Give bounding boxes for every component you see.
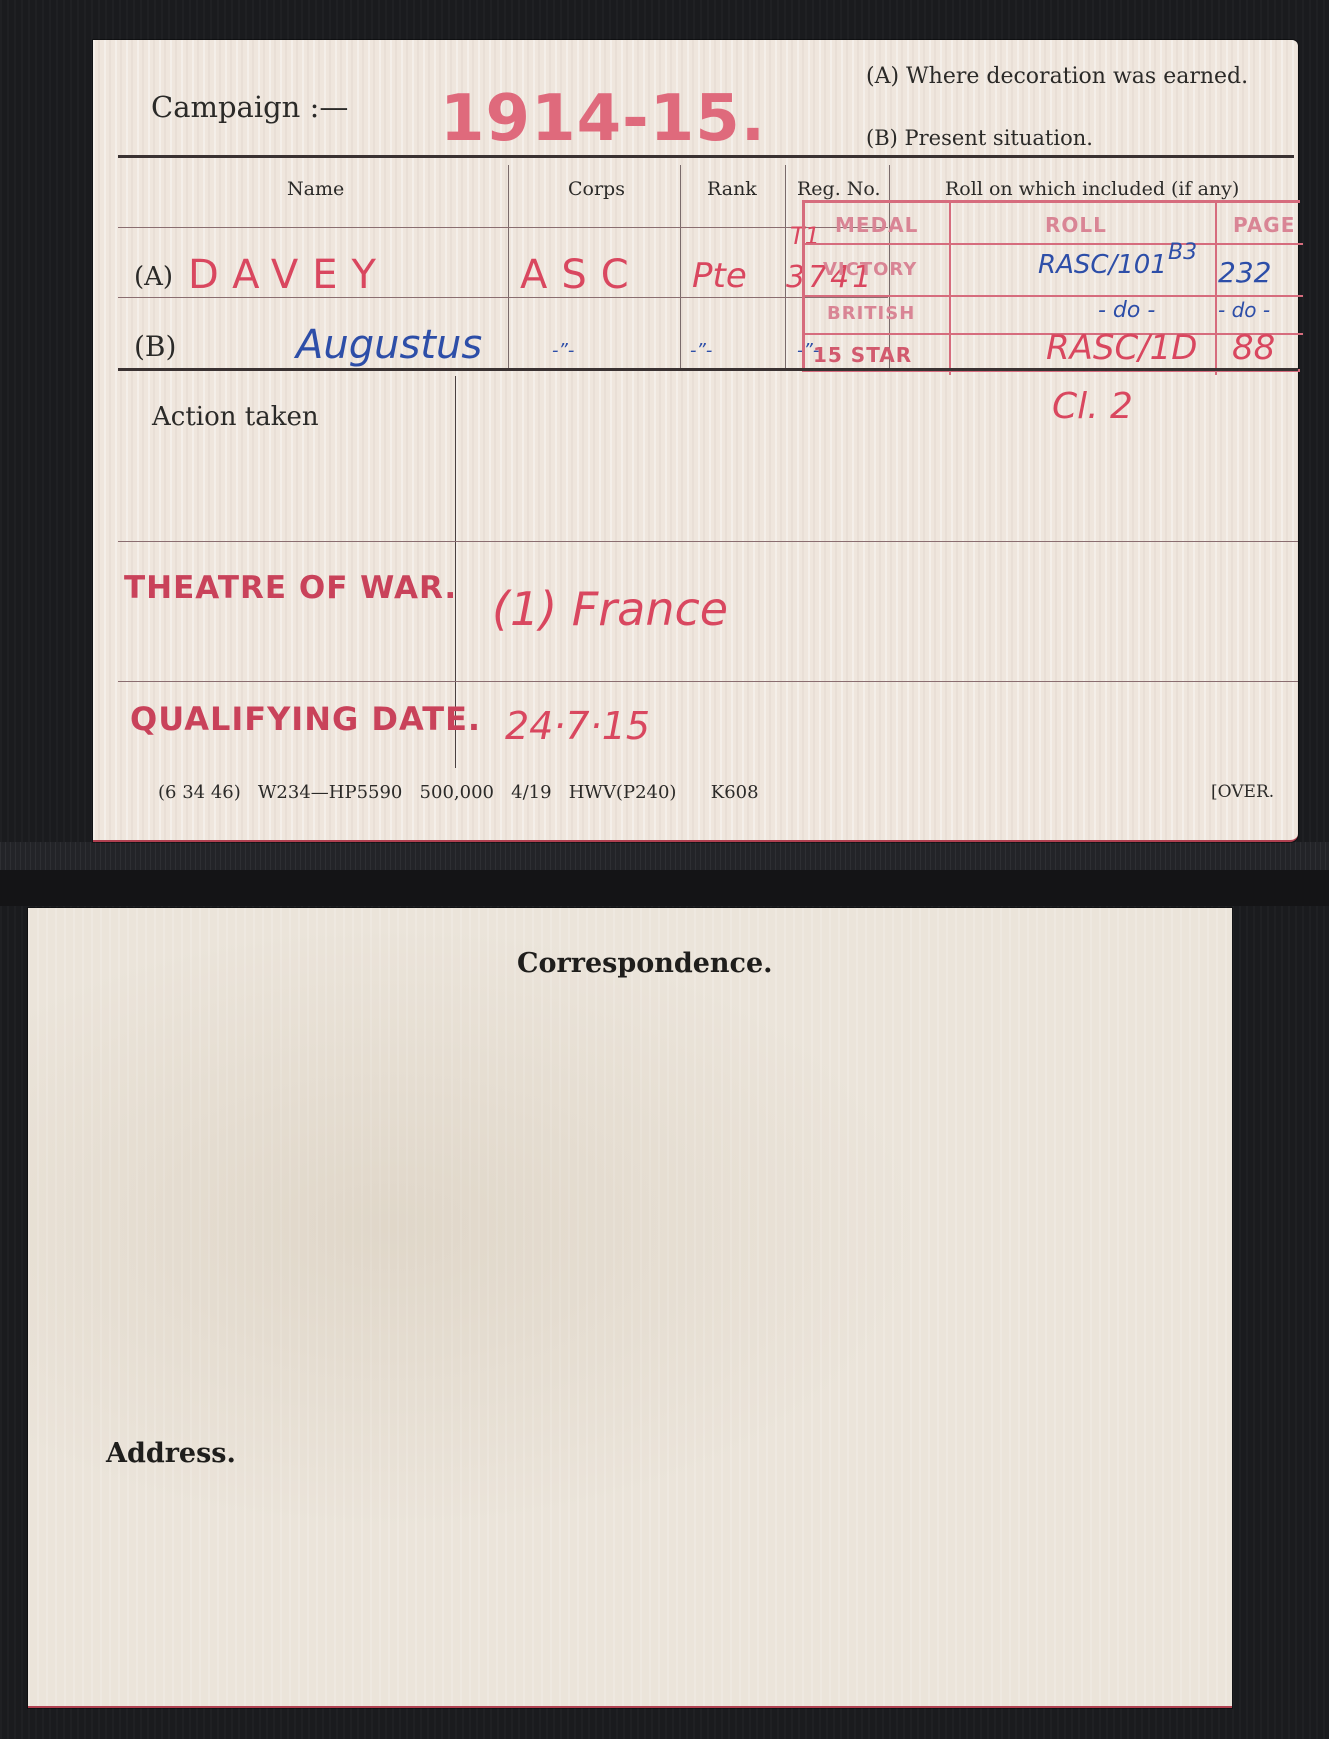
surname-value: DAVEY — [188, 252, 390, 298]
column-header-corps: Corps — [568, 178, 625, 200]
row-rule — [118, 541, 1298, 542]
campaign-value-stamp: 1914-15. — [440, 82, 766, 156]
stamp-rule — [805, 243, 1303, 245]
qualifying-date-value: 24·7·15 — [505, 704, 650, 748]
stamp-divider — [949, 203, 951, 375]
column-header-reg-no: Reg. No. — [797, 178, 881, 200]
column-header-roll: Roll on which included (if any) — [945, 178, 1239, 200]
stamp-header-page: PAGE — [1233, 213, 1299, 237]
stamp-header-roll: ROLL — [1045, 213, 1107, 237]
printer-imprint: (6 34 46) W234—HP5590 500,000 4/19 HWV(P… — [158, 782, 759, 803]
legend-a: (A) Where decoration was earned. — [866, 64, 1248, 89]
column-header-rank: Rank — [707, 178, 757, 200]
row-b-marker: (B) — [134, 330, 176, 363]
victory-page-value: 232 — [1218, 256, 1271, 289]
class-annotation: Cl. 2 — [1052, 386, 1133, 427]
rank-ditto: -”- — [690, 340, 712, 361]
campaign-label: Campaign :— — [151, 90, 348, 124]
stamp-rule — [805, 295, 1303, 297]
row-a-marker: (A) — [134, 262, 173, 292]
column-header-name: Name — [287, 178, 344, 200]
address-label: Address. — [106, 1438, 236, 1469]
corps-value: ASC — [520, 252, 643, 298]
action-taken-label: Action taken — [152, 402, 319, 432]
qualifying-date-stamp: QUALIFYING DATE. — [130, 700, 481, 738]
british-page-value: - do - — [1218, 298, 1270, 322]
victory-roll-value: RASC/101 — [1038, 250, 1167, 280]
section-rule — [118, 368, 1298, 371]
row-rule — [118, 227, 888, 228]
rank-value: Pte — [692, 256, 747, 296]
over-label: [OVER. — [1211, 782, 1274, 802]
british-roll-value: - do - — [1098, 298, 1155, 323]
victory-roll-note: B3 — [1168, 240, 1197, 265]
theatre-of-war-stamp: THEATRE OF WAR. — [124, 570, 457, 606]
medal-index-card-back — [28, 908, 1232, 1708]
stamp-medal-star: 15 STAR — [813, 343, 912, 367]
star-roll-value: RASC/1D — [1046, 328, 1197, 368]
stamp-medal-british: BRITISH — [827, 303, 915, 324]
column-divider — [508, 165, 509, 370]
star-page-value: 88 — [1232, 328, 1275, 368]
forename-value: Augustus — [296, 322, 482, 368]
row-rule — [118, 681, 1298, 682]
legend-b: (B) Present situation. — [866, 126, 1093, 150]
stamp-header-medal: MEDAL — [835, 213, 918, 237]
header-rule — [118, 155, 1294, 158]
theatre-of-war-value: (1) France — [492, 582, 728, 636]
column-divider — [680, 165, 681, 370]
stamp-divider — [1215, 203, 1217, 375]
stamp-medal-victory: VICTORY — [823, 259, 917, 280]
correspondence-heading: Correspondence. — [517, 948, 773, 979]
scanner-background-dark-band — [0, 870, 1329, 906]
corps-ditto: -”- — [552, 340, 574, 361]
